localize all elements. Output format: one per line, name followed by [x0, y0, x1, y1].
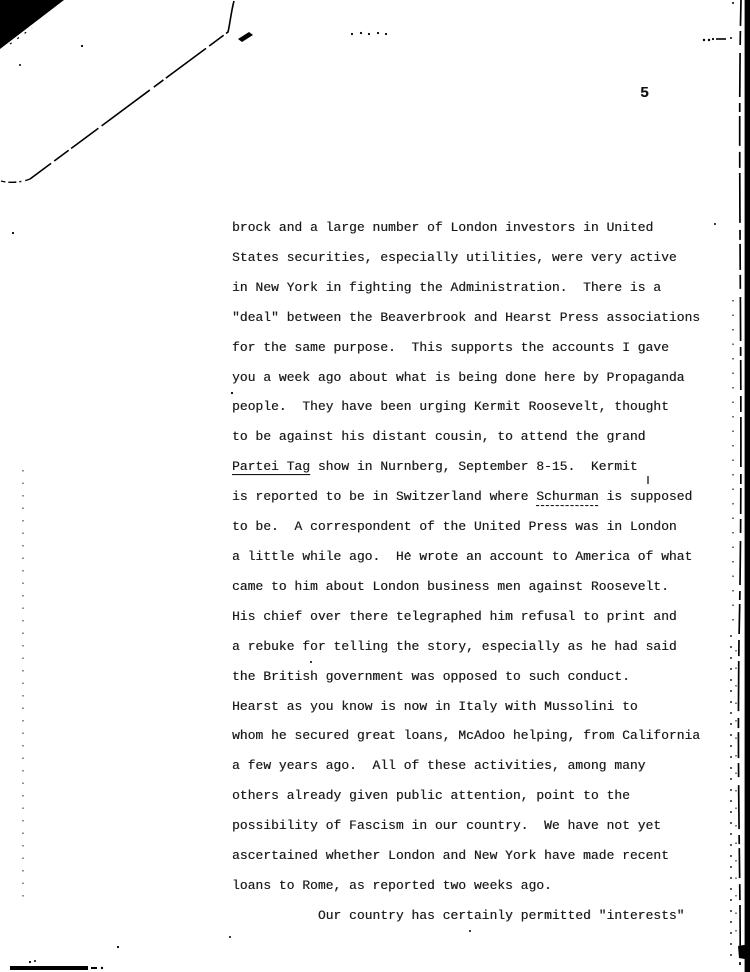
text-line: Partei Tag show in Nurnberg, September 8… [232, 452, 712, 482]
diagonal-crease-tail [1, 179, 30, 182]
text-segment: you a week ago about what is being done … [232, 370, 684, 385]
text-segment: in New York in fighting the Administrati… [232, 280, 661, 295]
bottom-left-bar [10, 966, 88, 970]
text-segment: possibility of Fascism in our country. W… [232, 818, 661, 833]
text-segment: a few years ago. All of these activities… [232, 758, 645, 773]
text-segment: to be. A correspondent of the United Pre… [232, 519, 677, 534]
text-segment: brock and a large number of London inves… [232, 220, 653, 235]
right-edge-scan-bar [745, 0, 750, 972]
letter-body: brock and a large number of London inves… [232, 213, 712, 931]
text-segment: to be against his distant cousin, to att… [232, 429, 645, 444]
text-line: in New York in fighting the Administrati… [232, 273, 712, 303]
text-line: people. They have been urging Kermit Roo… [232, 392, 712, 422]
text-segment: loans to Rome, as reported two weeks ago… [232, 878, 552, 893]
text-segment: is supposed [599, 489, 693, 504]
text-line: to be against his distant cousin, to att… [232, 422, 712, 452]
diagonal-crease-line [30, 1, 234, 179]
text-line: a few years ago. All of these activities… [232, 751, 712, 781]
text-line: brock and a large number of London inves… [232, 213, 712, 243]
underlined-text: Schurman [536, 489, 598, 504]
text-segment: came to him about London business men ag… [232, 579, 669, 594]
text-segment: for the same purpose. This supports the … [232, 340, 669, 355]
text-line: loans to Rome, as reported two weeks ago… [232, 871, 712, 901]
text-segment: is reported to be in Switzerland where [232, 489, 536, 504]
text-line: others already given public attention, p… [232, 781, 712, 811]
text-line: a little while ago. He wrote an account … [232, 542, 712, 572]
text-line: possibility of Fascism in our country. W… [232, 811, 712, 841]
top-right-dashes [703, 2, 734, 41]
text-line: ascertained whether London and New York … [232, 841, 712, 871]
text-segment: others already given public attention, p… [232, 788, 630, 803]
text-line: His chief over there telegraphed him ref… [232, 602, 712, 632]
bottom-right-blob [738, 944, 750, 960]
page-number: 5 [640, 85, 650, 102]
text-segment: His chief over there telegraphed him ref… [232, 609, 677, 624]
text-segment: show in Nurnberg, September 8-15. Kermit [310, 459, 638, 474]
text-line: to be. A correspondent of the United Pre… [232, 512, 712, 542]
text-segment: ascertained whether London and New York … [232, 848, 669, 863]
text-line: came to him about London business men ag… [232, 572, 712, 602]
text-segment: States securities, especially utilities,… [232, 250, 677, 265]
text-line: whom he secured great loans, McAdoo help… [232, 721, 712, 751]
text-segment: people. They have been urging Kermit Roo… [232, 399, 669, 414]
text-segment: Our country has certainly permitted "int… [318, 908, 685, 923]
text-segment: "deal" between the Beaverbrook and Hears… [232, 310, 700, 325]
text-segment: a rebuke for telling the story, especial… [232, 639, 677, 654]
text-line: Hearst as you know is now in Italy with … [232, 692, 712, 722]
text-line: for the same purpose. This supports the … [232, 333, 712, 363]
text-line: you a week ago about what is being done … [232, 363, 712, 393]
text-line: States securities, especially utilities,… [232, 243, 712, 273]
text-line: "deal" between the Beaverbrook and Hears… [232, 303, 712, 333]
text-segment: Hearst as you know is now in Italy with … [232, 699, 638, 714]
text-line: a rebuke for telling the story, especial… [232, 632, 712, 662]
corner-fold-triangle [0, 0, 64, 49]
underlined-text: Partei Tag [232, 459, 310, 474]
dotted-row [351, 32, 387, 35]
right-edge-broken-line [738, 0, 741, 965]
text-segment: the British government was opposed to su… [232, 669, 630, 684]
bottom-left-dashes [29, 960, 103, 969]
text-line: is reported to be in Switzerland where S… [232, 482, 712, 512]
text-line: the British government was opposed to su… [232, 662, 712, 692]
text-line: Our country has certainly permitted "int… [232, 901, 712, 931]
ink-blob [238, 32, 253, 42]
text-segment: a little while ago. He wrote an account … [232, 549, 692, 564]
text-segment: whom he secured great loans, McAdoo help… [232, 728, 700, 743]
document-page: 5 brock and a large number of London inv… [0, 0, 750, 972]
